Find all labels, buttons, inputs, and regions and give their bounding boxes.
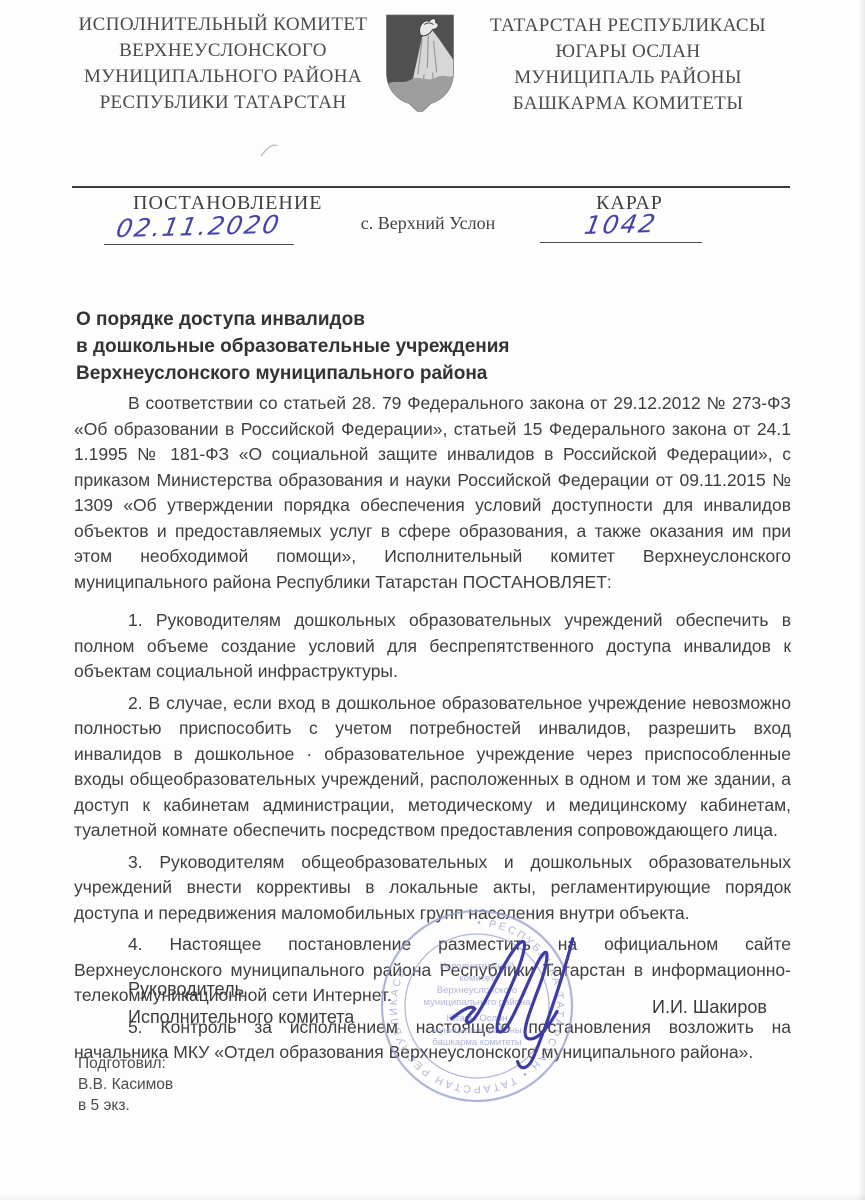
- letterhead: ИСПОЛНИТЕЛЬНЫЙ КОМИТЕТ ВЕРХНЕУСЛОНСКОГО …: [70, 12, 792, 117]
- letterhead-line: ТАТАРСТАН РЕСПУБЛИКАСЫ: [464, 13, 792, 39]
- letterhead-line: ЮГАРЫ ОСЛАН: [464, 39, 792, 65]
- letterhead-line: РЕСПУБЛИКИ ТАТАРСТАН: [70, 90, 376, 116]
- item-2-paragraph: 2. В случае, если вход в дошкольное обра…: [74, 691, 791, 844]
- signatory-position-line: Руководитель: [128, 975, 354, 1003]
- date-field: 02.11.2020: [104, 212, 294, 245]
- title-line: О порядке доступа инвалидов: [76, 306, 696, 333]
- signatory-position-line: Исполнительного комитета: [128, 1003, 354, 1031]
- letterhead-tatar: ТАТАРСТАН РЕСПУБЛИКАСЫ ЮГАРЫ ОСЛАН МУНИЦ…: [464, 12, 792, 117]
- item-1-paragraph: 1. Руководителям дошкольных образователь…: [74, 608, 791, 685]
- letterhead-russian: ИСПОЛНИТЕЛЬНЫЙ КОМИТЕТ ВЕРХНЕУСЛОНСКОГО …: [70, 12, 376, 116]
- coat-of-arms-icon: [382, 12, 458, 112]
- pencil-mark: [258, 140, 280, 160]
- handwritten-signature: [438, 925, 593, 1075]
- letterhead-line: МУНИЦИПАЛЬ РАЙОНЫ: [464, 65, 792, 91]
- signatory-position: Руководитель Исполнительного комитета: [128, 975, 354, 1031]
- prepared-by-block: Подготовил: В.В. Касимов в 5 экз.: [78, 1053, 173, 1116]
- letterhead-line: ИСПОЛНИТЕЛЬНЫЙ КОМИТЕТ: [70, 12, 376, 38]
- number-field: 1042: [540, 210, 702, 243]
- document-title: О порядке доступа инвалидов в дошкольные…: [76, 306, 696, 387]
- copies-note: в 5 экз.: [78, 1095, 173, 1116]
- letterhead-line: БАШКАРМА КОМИТЕТЫ: [464, 91, 792, 117]
- letterhead-line: ВЕРХНЕУСЛОНСКОГО: [70, 38, 376, 64]
- signatory-name: И.И. Шакиров: [652, 997, 767, 1018]
- title-line: Верхнеуслонского муниципального района: [76, 360, 696, 387]
- prepared-by-label: Подготовил:: [78, 1053, 173, 1074]
- letterhead-line: МУНИЦИПАЛЬНОГО РАЙОНА: [70, 64, 376, 90]
- prepared-by-name: В.В. Касимов: [78, 1074, 173, 1095]
- title-line: в дошкольные образовательные учреждения: [76, 333, 696, 360]
- header-rule: [72, 186, 790, 188]
- handwritten-date: 02.11.2020: [114, 210, 283, 243]
- document-page: ИСПОЛНИТЕЛЬНЫЙ КОМИТЕТ ВЕРХНЕУСЛОНСКОГО …: [0, 0, 865, 1200]
- preamble-paragraph: В соответствии со статьей 28. 79 Федерал…: [74, 391, 791, 595]
- handwritten-number: 1042: [582, 209, 659, 240]
- place-name: с. Верхний Услон: [348, 213, 508, 234]
